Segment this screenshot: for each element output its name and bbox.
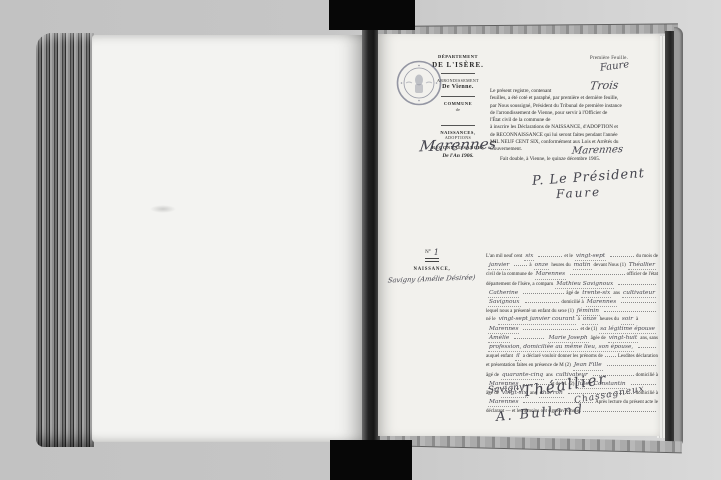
divider	[441, 73, 475, 74]
printed-form-text: ans, sans	[640, 335, 658, 342]
printed-form-text: et le	[564, 253, 572, 260]
cover-inner-edge	[665, 31, 674, 445]
divider	[441, 125, 475, 126]
printed-form-text: à	[578, 316, 580, 323]
cert-line: feuilles, a été coté et paraphé, par pre…	[490, 95, 662, 102]
dotted-blank	[604, 307, 656, 312]
act-form-line: profession, domiciliée au même lieu, son…	[486, 343, 658, 352]
printed-form-text: âgée de	[591, 335, 606, 342]
dotted-blank	[638, 343, 656, 348]
president-paraph-signature: Faure	[599, 59, 630, 75]
printed-form-text: lequel nous a présenté un enfant du sexe…	[486, 308, 574, 315]
handwritten-entry: vingt-huit	[608, 335, 639, 343]
handwritten-entry: Mathieu Savignoux	[555, 281, 614, 289]
dotted-blank	[525, 298, 560, 303]
dotted-blank	[514, 334, 543, 339]
handwritten-entry: vingt-sept	[575, 253, 606, 261]
double-rule	[425, 258, 439, 262]
act-margin-column: N° 1 NAISSANCE, Savigny (Amélie Désirée)	[380, 250, 484, 284]
cover-outer-edge	[674, 27, 683, 448]
act-form-line: L'an mil neuf centsixet levingt-septdu m…	[486, 252, 658, 261]
page-block-bottom-edge	[380, 434, 682, 453]
printed-form-text: officier de l'état	[627, 271, 658, 278]
printed-form-text: du mois de	[636, 253, 658, 260]
printed-form-text: âgé de	[486, 372, 499, 379]
act-form-line: Marenneset de (1)sa légitime épouse	[486, 325, 658, 334]
handwritten-entry: féminin	[576, 308, 600, 316]
dotted-blank	[514, 261, 527, 266]
act-form-line: janvieràonzeheures dumatindevant Nous (1…	[486, 261, 658, 270]
printed-form-text: a déclaré vouloir donner les prénoms de	[523, 353, 603, 360]
act-type-label: NAISSANCE,	[380, 267, 484, 273]
handwritten-entry: Marennes	[535, 271, 566, 279]
department-label: DÉPARTEMENT	[408, 54, 508, 60]
dotted-blank	[583, 407, 656, 412]
printed-form-text: auquel enfant	[486, 353, 513, 360]
act-form-line: lequel nous a présenté un enfant du sexe…	[486, 307, 658, 316]
printed-form-text: domicilié à	[636, 372, 658, 379]
act-form-line: Savignouxdomicilié àMarennes	[486, 298, 658, 307]
cert-line: l'État civil de la commune de	[490, 117, 662, 124]
printed-form-text: à	[636, 316, 638, 323]
registry-right-page: DÉPARTEMENT DE L'ISÈRE. ARRONDISSEMENT D…	[378, 34, 660, 436]
blank-left-page	[92, 35, 362, 442]
handwritten-entry: profession, domiciliée au même lieu, son…	[488, 344, 634, 352]
act-form-line: civil de la commune deMarennesofficier d…	[486, 270, 658, 279]
handwritten-entry: sa légitime épouse	[599, 326, 656, 334]
page-stain	[150, 205, 176, 213]
handwritten-entry: Marie Joseph	[548, 335, 589, 343]
act-form-line: et présentation faites en présence de M …	[486, 361, 658, 370]
handwritten-entry: Jean Fille	[573, 362, 603, 370]
president-signature-handwritten: Faure	[556, 189, 602, 199]
dotted-blank	[605, 352, 616, 357]
scanned-registry-photo: DÉPARTEMENT DE L'ISÈRE. ARRONDISSEMENT D…	[0, 0, 721, 480]
printed-form-text: civil de la commune de	[486, 271, 533, 278]
handwritten-entry: Théallier	[628, 262, 656, 270]
printed-form-text: L'an mil neuf cent	[486, 253, 522, 260]
divider	[441, 96, 475, 97]
president-title-handwritten: P. Le Président	[532, 170, 645, 185]
printed-form-text: heures du	[551, 262, 570, 269]
handwritten-entry: Marennes	[488, 326, 519, 334]
round-tribunal-seal-icon	[396, 60, 442, 106]
dotted-blank	[538, 252, 562, 257]
act-form-line: département de l'Isère, a comparuMathieu…	[486, 280, 658, 289]
printed-form-text: et présentation faites en présence de M …	[486, 362, 571, 369]
handwritten-entry: onze	[534, 262, 550, 270]
fiducial-bar-bottom	[330, 440, 412, 480]
printed-form-text: ans	[613, 290, 620, 297]
dotted-blank	[523, 325, 578, 330]
dotted-blank	[607, 361, 656, 366]
handwritten-entry: matin	[573, 262, 592, 270]
handwritten-entry: quarante-cinq	[501, 372, 544, 380]
fiducial-bar-top	[329, 0, 415, 30]
handwritten-entry: cultivateur	[622, 290, 656, 298]
printed-form-text: devant Nous (1)	[594, 262, 626, 269]
book-page-edge-stack	[36, 33, 94, 447]
act-form-line: AmélieMarie Josephâgée devingt-huitans, …	[486, 334, 658, 343]
act-form-line: né levingt-sept janvier courantàonzeheur…	[486, 316, 658, 324]
handwritten-entry: il	[515, 353, 521, 361]
handwritten-entry: Amélie	[488, 335, 510, 343]
printed-form-text: département de l'Isère, a comparu	[486, 281, 553, 288]
cert-line: de RECONNAISSANCE qui lui seront faites …	[490, 132, 662, 139]
handwritten-entry: janvier	[488, 262, 510, 270]
sheet-count-handwritten: Trois	[589, 82, 619, 90]
act-number-handwritten: 1	[434, 250, 439, 256]
printed-form-text: né le	[486, 316, 496, 323]
printed-form-text: domicilié à	[561, 299, 583, 306]
handwritten-entry: trente-six	[581, 290, 611, 298]
handwritten-entry: six	[524, 253, 534, 261]
handwritten-entry: Savignoux	[488, 299, 521, 307]
commune-handwritten-insert: Marennes	[571, 146, 623, 155]
handwritten-entry: Marennes	[488, 399, 519, 407]
dotted-blank	[523, 289, 564, 294]
dotted-blank	[570, 270, 625, 275]
dotted-blank	[618, 280, 656, 285]
handwritten-entry: onze	[582, 316, 598, 324]
cert-line: par Nous soussigné, Président du Tribuna…	[490, 103, 662, 110]
printed-form-text: Lesdites déclaration	[618, 353, 658, 360]
right-book-block: DÉPARTEMENT DE L'ISÈRE. ARRONDISSEMENT D…	[378, 26, 684, 450]
printed-form-text: et de (1)	[580, 326, 597, 333]
printed-form-text: âgé de	[566, 290, 579, 297]
act-number-label: N°	[425, 250, 431, 256]
act-margin-name-handwritten: Savigny (Amélie Désirée)	[388, 274, 477, 286]
printed-form-text: heures du	[600, 316, 619, 323]
certification-paragraph: Trois Marennes Le présent registre, cont…	[490, 88, 662, 163]
handwritten-entry: soir	[621, 316, 634, 324]
dotted-blank	[621, 298, 656, 303]
handwritten-entry: Marennes	[586, 299, 617, 307]
dotted-blank	[610, 252, 634, 257]
handwritten-entry: vingt-sept janvier courant	[498, 316, 576, 324]
cert-line: à inscrire les Déclarations de NAISSANCE…	[490, 124, 662, 131]
act-form-line: auquel enfantila déclaré vouloir donner …	[486, 352, 658, 361]
act-form-line: Catherineâgé detrente-sixanscultivateur	[486, 289, 658, 298]
printed-form-text: à	[529, 262, 531, 269]
handwritten-entry: Catherine	[488, 290, 519, 298]
fait-double-line: Fait double, à Vienne, le quinze décembr…	[490, 156, 662, 163]
